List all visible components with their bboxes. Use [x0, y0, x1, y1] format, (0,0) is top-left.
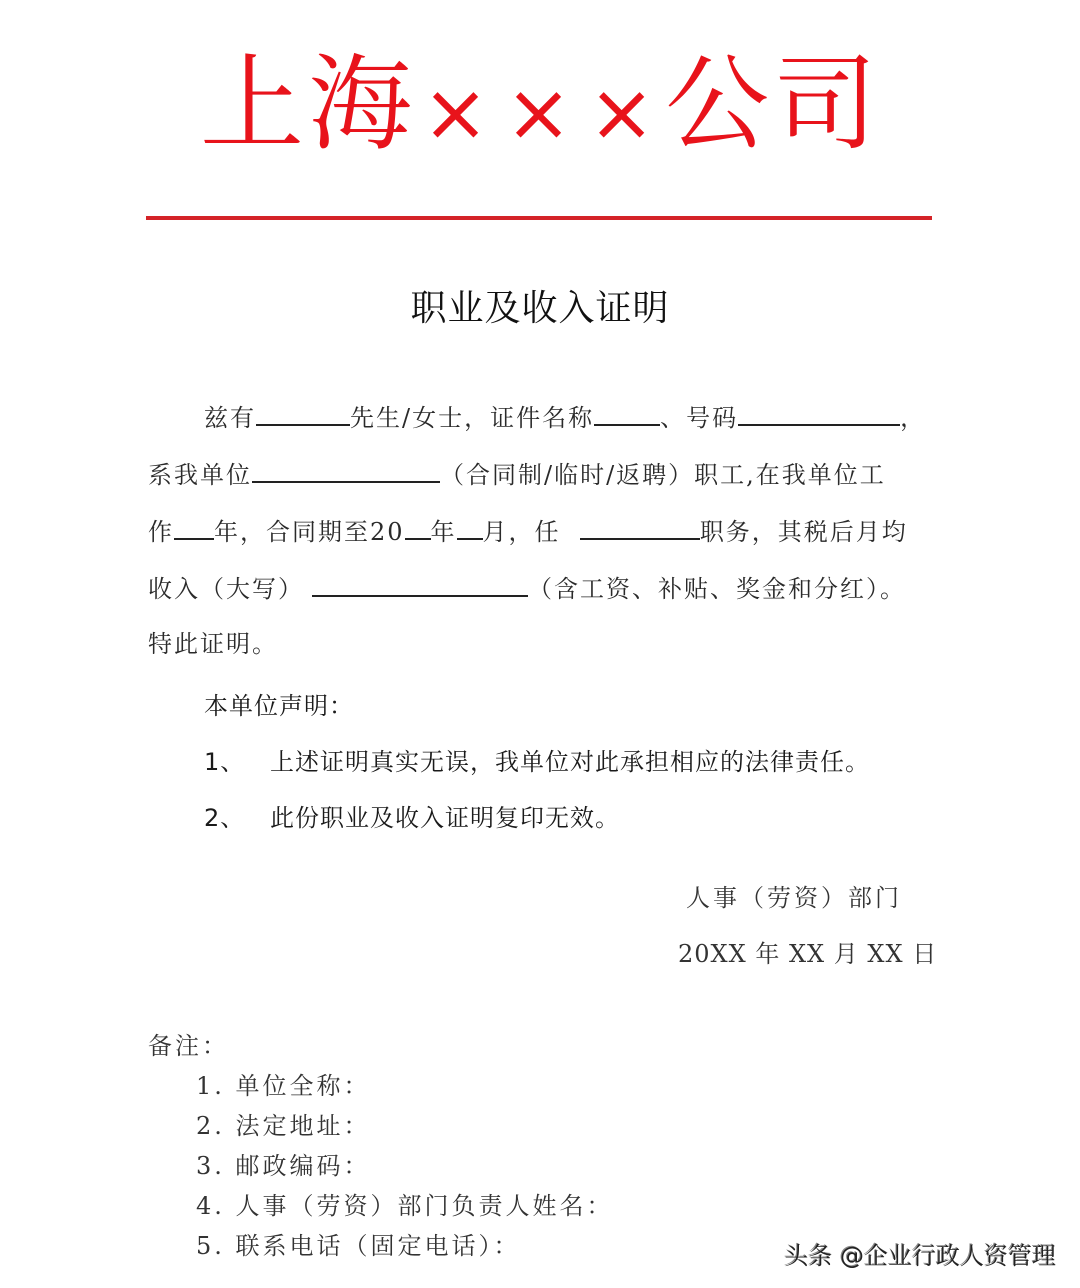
company-suffix: 公司 [665, 43, 881, 165]
text: 年 [431, 518, 457, 546]
text: 月，任 [483, 518, 561, 546]
header-divider [146, 216, 932, 220]
blank-id-number[interactable] [738, 400, 900, 426]
paragraph-line-4: 收入（大写）（含工资、补贴、奖金和分红）。 [148, 571, 906, 605]
statement-text: 此份职业及收入证明复印无效。 [270, 804, 620, 832]
notes-item: 1. 单位全称： [196, 1070, 371, 1102]
notes-heading: 备注： [148, 1030, 229, 1062]
text: （合同制/临时/返聘）职工,在我单位工 [440, 461, 886, 489]
blank-contract-month[interactable] [457, 514, 483, 540]
text: 先生/女士，证件名称 [350, 404, 594, 432]
paragraph-line-3: 作年，合同期至20年月，任 职务，其税后月均 [148, 514, 908, 548]
blank-years[interactable] [174, 514, 214, 540]
blank-id-type[interactable] [594, 400, 660, 426]
blank-department[interactable] [252, 457, 440, 483]
text: （含工资、补贴、奖金和分红）。 [528, 575, 906, 603]
text: 、号码 [660, 404, 738, 432]
text: 作 [148, 518, 174, 546]
placeholder-x: × [422, 66, 493, 159]
text: 职务，其税后月均 [700, 518, 908, 546]
text: ， [900, 404, 926, 432]
blank-position[interactable] [580, 514, 700, 540]
text: 兹有 [204, 404, 256, 432]
notes-item: 3. 邮政编码： [196, 1150, 371, 1182]
notes-item: 2. 法定地址： [196, 1110, 371, 1142]
statement-item: 1、上述证明真实无误，我单位对此承担相应的法律责任。 [204, 742, 870, 777]
company-name-header: 上海×××公司 [200, 44, 881, 173]
paragraph-line-2: 系我单位（合同制/临时/返聘）职工,在我单位工 [148, 457, 886, 491]
placeholder-x: × [505, 66, 576, 159]
watermark: 头条 @企业行政人资管理 [784, 1236, 1056, 1271]
blank-income[interactable] [312, 571, 528, 597]
document-title: 职业及收入证明 [0, 280, 1080, 331]
signature-date: 20XX 年 XX 月 XX 日 [678, 938, 937, 970]
paragraph-line-5: 特此证明。 [148, 628, 278, 660]
text: 年，合同期至20 [214, 518, 405, 546]
text: 收入（大写） [148, 575, 304, 603]
company-prefix: 上海 [200, 43, 416, 165]
statement-number: 2、 [204, 798, 270, 833]
notes-item: 5. 联系电话（固定电话）： [196, 1230, 521, 1262]
statement-text: 上述证明真实无误，我单位对此承担相应的法律责任。 [270, 748, 870, 776]
blank-name[interactable] [256, 400, 350, 426]
signature-department: 人事（劳资）部门 [686, 882, 902, 914]
text: 系我单位 [148, 461, 252, 489]
paragraph-line-1: 兹有先生/女士，证件名称、号码， [204, 400, 926, 434]
notes-item: 4. 人事（劳资）部门负责人姓名： [196, 1190, 614, 1222]
placeholder-x: × [588, 66, 659, 159]
statement-heading: 本单位声明： [204, 686, 354, 721]
statement-number: 1、 [204, 742, 270, 777]
blank-contract-year[interactable] [405, 514, 431, 540]
statement-item: 2、此份职业及收入证明复印无效。 [204, 798, 620, 833]
